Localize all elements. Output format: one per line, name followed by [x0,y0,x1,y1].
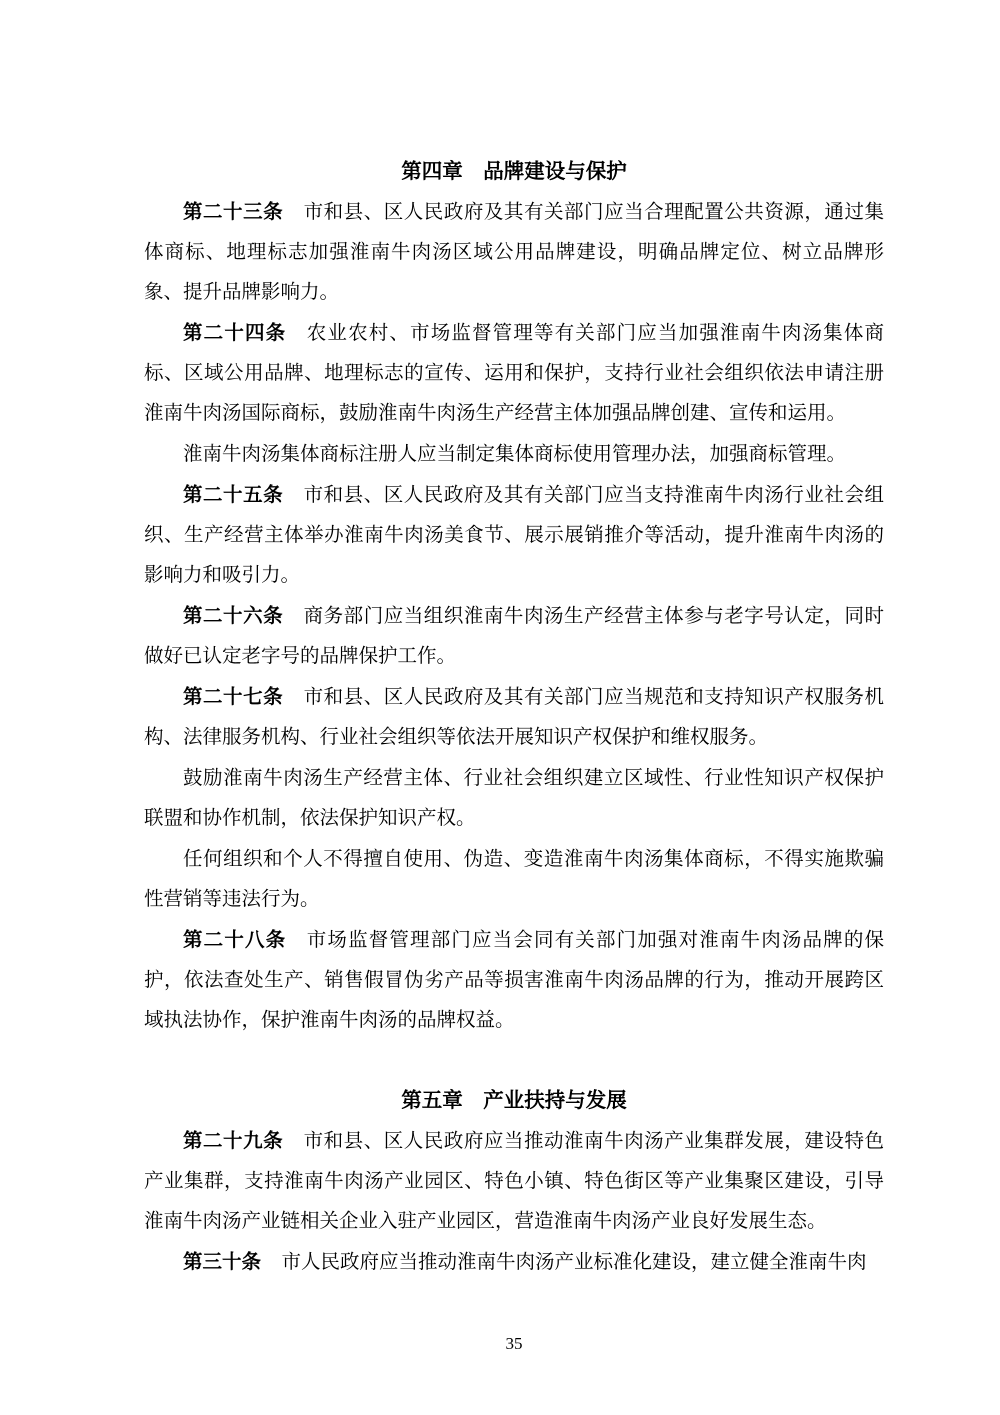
chapter-5-heading: 第五章产业扶持与发展 [144,1081,884,1121]
article-30-paragraph: 第三十条市人民政府应当推动淮南牛肉汤产业标准化建设，建立健全淮南牛肉 [144,1242,884,1283]
article-30-label: 第三十条 [183,1251,261,1273]
article-25-label: 第二十五条 [183,484,283,506]
article-24-clause-2-paragraph: 淮南牛肉汤集体商标注册人应当制定集体商标使用管理办法，加强商标管理。 [144,434,884,475]
article-29-paragraph: 第二十九条市和县、区人民政府应当推动淮南牛肉汤产业集群发展，建设特色产业集群，支… [144,1121,884,1242]
article-27-label: 第二十七条 [183,686,283,708]
chapter-5-number: 第五章 [401,1089,463,1112]
chapter-4-number: 第四章 [401,160,463,183]
page-number: 35 [144,1333,884,1355]
article-24-paragraph: 第二十四条农业农村、市场监督管理等有关部门应当加强淮南牛肉汤集体商标、区域公用品… [144,313,884,434]
article-25-paragraph: 第二十五条市和县、区人民政府及其有关部门应当支持淮南牛肉汤行业社会组织、生产经营… [144,475,884,596]
article-28-label: 第二十八条 [183,929,286,951]
article-23-paragraph: 第二十三条市和县、区人民政府及其有关部门应当合理配置公共资源，通过集体商标、地理… [144,192,884,313]
article-30-text: 市人民政府应当推动淮南牛肉汤产业标准化建设，建立健全淮南牛肉 [281,1252,866,1273]
article-24-label: 第二十四条 [183,322,286,344]
article-23-label: 第二十三条 [183,201,283,223]
article-27-clause-3-text: 任何组织和个人不得擅自使用、伪造、变造淮南牛肉汤集体商标，不得实施欺骗性营销等违… [144,849,884,910]
document-page: 第四章品牌建设与保护 第二十三条市和县、区人民政府及其有关部门应当合理配置公共资… [0,0,1000,1415]
chapter-4-title: 品牌建设与保护 [483,160,627,183]
chapter-5-title: 产业扶持与发展 [483,1089,627,1112]
article-27-paragraph: 第二十七条市和县、区人民政府及其有关部门应当规范和支持知识产权服务机构、法律服务… [144,677,884,758]
article-29-label: 第二十九条 [183,1130,283,1152]
article-27-clause-2-text: 鼓励淮南牛肉汤生产经营主体、行业社会组织建立区域性、行业性知识产权保护联盟和协作… [144,768,884,829]
article-28-paragraph: 第二十八条市场监督管理部门应当会同有关部门加强对淮南牛肉汤品牌的保护，依法查处生… [144,920,884,1041]
article-24-clause-2-text: 淮南牛肉汤集体商标注册人应当制定集体商标使用管理办法，加强商标管理。 [183,444,846,465]
article-27-clause-2-paragraph: 鼓励淮南牛肉汤生产经营主体、行业社会组织建立区域性、行业性知识产权保护联盟和协作… [144,758,884,839]
article-26-label: 第二十六条 [183,605,283,627]
article-26-paragraph: 第二十六条商务部门应当组织淮南牛肉汤生产经营主体参与老字号认定，同时做好已认定老… [144,596,884,677]
article-27-clause-3-paragraph: 任何组织和个人不得擅自使用、伪造、变造淮南牛肉汤集体商标，不得实施欺骗性营销等违… [144,839,884,920]
chapter-4-heading: 第四章品牌建设与保护 [144,152,884,192]
